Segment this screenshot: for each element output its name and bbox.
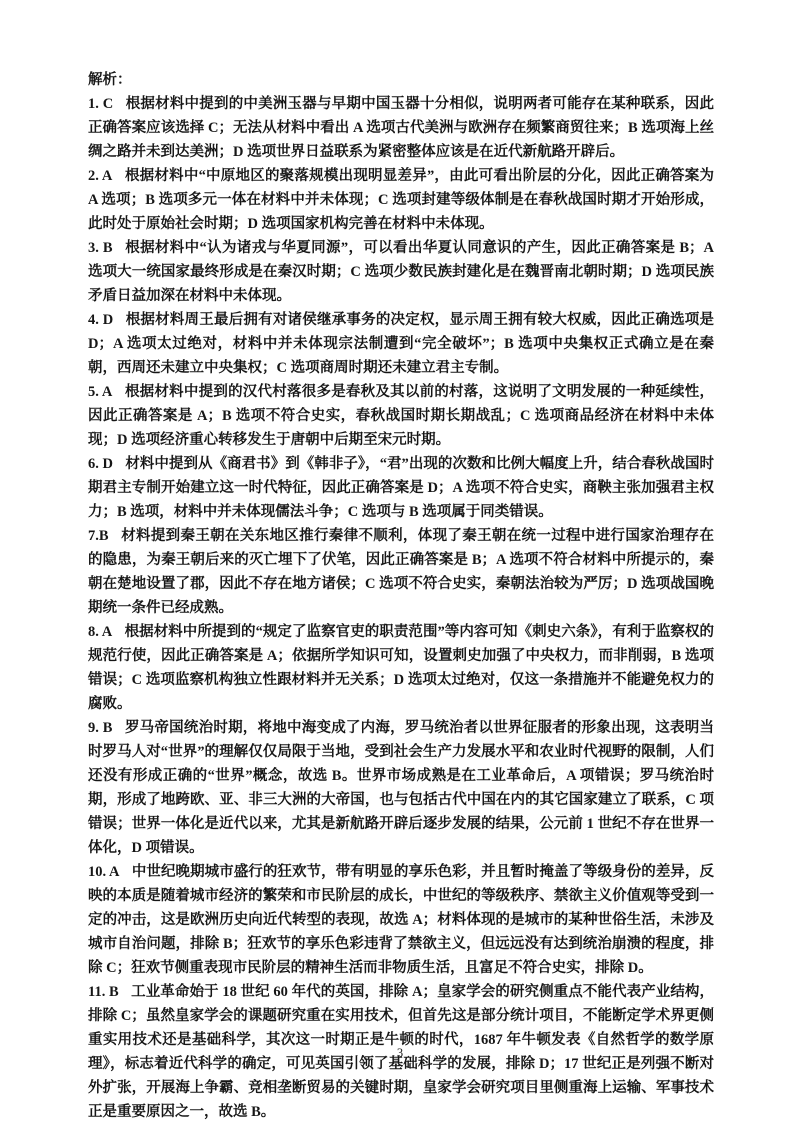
answer-text: 中世纪晚期城市盛行的狂欢节，带有明显的享乐色彩，并且暂时掩盖了等级身份的差异，反… xyxy=(88,864,714,976)
answer-text: 材料中提到从《商君书》到《韩非子》，“君”出现的次数和比例大幅度上升，结合春秋战… xyxy=(88,456,714,520)
answer-item-7: 7.B材料提到秦王朝在关东地区推行秦律不顺利，体现了秦王朝在统一过程中进行国家治… xyxy=(88,524,714,620)
answer-text: 根据材料中“认为诸戎与华夏同源”，可以看出华夏认同意识的产生，因此正确答案是 B… xyxy=(88,240,714,304)
answer-item-5: 5. A根据材料中提到的汉代村落很多是春秋及其以前的村落，这说明了文明发展的一种… xyxy=(88,380,714,452)
answer-item-3: 3. B根据材料中“认为诸戎与华夏同源”，可以看出华夏认同意识的产生，因此正确答… xyxy=(88,236,714,308)
answer-item-6: 6. D材料中提到从《商君书》到《韩非子》，“君”出现的次数和比例大幅度上升，结… xyxy=(88,452,714,524)
answer-text: 根据材料中所提到的“规定了监察官吏的职责范围”等内容可知《刺史六条》，有利于监察… xyxy=(88,624,714,712)
answer-text: 根据材料周王最后拥有对诸侯继承事务的决定权，显示周王拥有较大权威，因此正确选项是… xyxy=(88,312,714,376)
page-number: 3 xyxy=(0,1046,800,1061)
answer-label: 8. A xyxy=(88,624,125,640)
answer-label: 11. B xyxy=(88,984,131,1000)
answer-label: 4. D xyxy=(88,312,126,328)
answer-label: 10. A xyxy=(88,864,132,880)
answer-label: 3. B xyxy=(88,240,125,256)
answer-item-2: 2. A根据材料中“中原地区的聚落规模出现明显差异”，由此可看出阶层的分化，因此… xyxy=(88,164,714,236)
answer-text: 根据材料中提到的汉代村落很多是春秋及其以前的村落，这说明了文明发展的一种延续性，… xyxy=(88,384,714,448)
document-page: 解析： 1. C根据材料中提到的中美洲玉器与早期中国玉器十分相似，说明两者可能存… xyxy=(0,0,800,1132)
answer-label: 7.B xyxy=(88,528,121,544)
answer-label: 6. D xyxy=(88,456,125,472)
answer-text: 根据材料中“中原地区的聚落规模出现明显差异”，由此可看出阶层的分化，因此正确答案… xyxy=(88,168,714,232)
answer-text: 罗马帝国统治时期，将地中海变成了内海，罗马统治者以世界征服者的形象出现，这表明当… xyxy=(88,720,714,856)
answer-item-4: 4. D根据材料周王最后拥有对诸侯继承事务的决定权，显示周王拥有较大权威，因此正… xyxy=(88,308,714,380)
document-body: 解析： 1. C根据材料中提到的中美洲玉器与早期中国玉器十分相似，说明两者可能存… xyxy=(88,68,714,1124)
page-title: 解析： xyxy=(88,68,714,92)
answer-item-8: 8. A根据材料中所提到的“规定了监察官吏的职责范围”等内容可知《刺史六条》，有… xyxy=(88,620,714,716)
answer-text: 根据材料中提到的中美洲玉器与早期中国玉器十分相似，说明两者可能存在某种联系，因此… xyxy=(88,96,714,160)
answer-item-1: 1. C根据材料中提到的中美洲玉器与早期中国玉器十分相似，说明两者可能存在某种联… xyxy=(88,92,714,164)
answer-label: 1. C xyxy=(88,96,126,112)
answer-text: 材料提到秦王朝在关东地区推行秦律不顺利，体现了秦王朝在统一过程中进行国家治理存在… xyxy=(88,528,714,616)
answer-label: 2. A xyxy=(88,168,125,184)
answer-label: 9. B xyxy=(88,720,125,736)
answer-item-10: 10. A中世纪晚期城市盛行的狂欢节，带有明显的享乐色彩，并且暂时掩盖了等级身份… xyxy=(88,860,714,980)
answer-item-9: 9. B罗马帝国统治时期，将地中海变成了内海，罗马统治者以世界征服者的形象出现，… xyxy=(88,716,714,860)
answer-label: 5. A xyxy=(88,384,125,400)
